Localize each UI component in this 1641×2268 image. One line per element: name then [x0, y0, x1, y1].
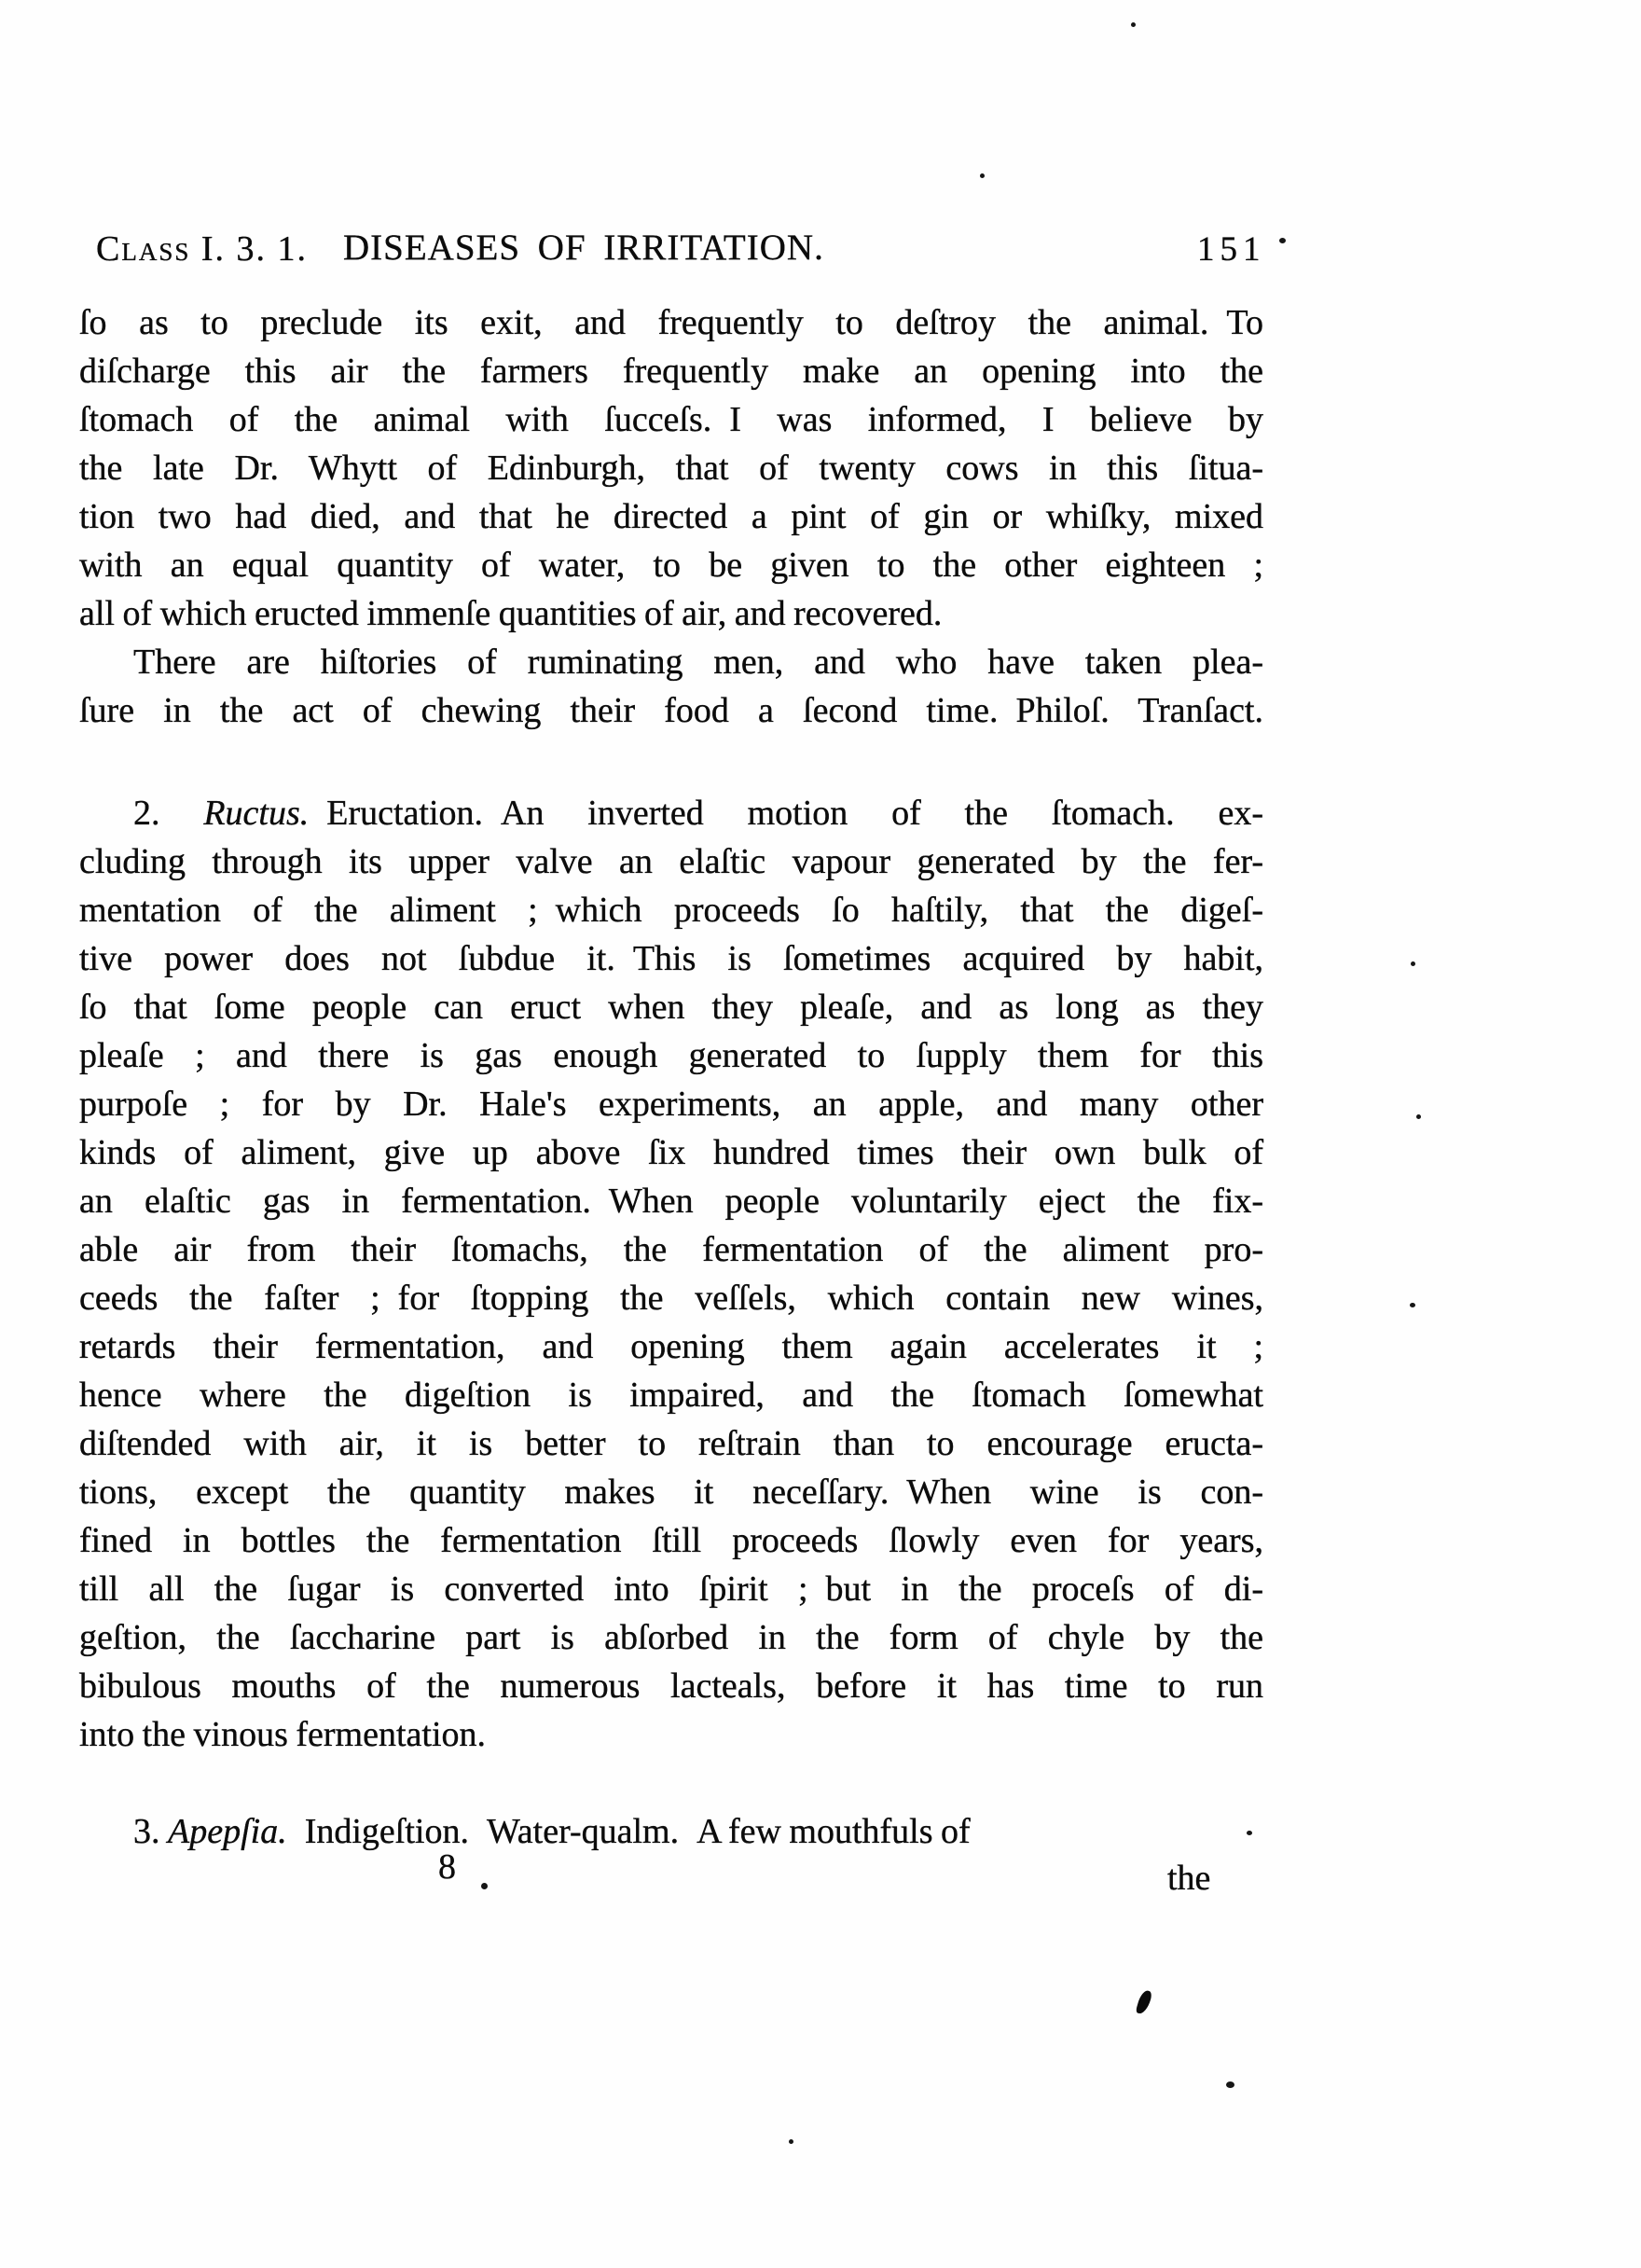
text-line: ſure in the act of chewing their food a … — [79, 686, 1263, 735]
text-line: able air from their ſtomachs, the fermen… — [79, 1225, 1263, 1274]
section3-first-line: 3. Apepſia. Indigeſtion. Water-qualm. A … — [79, 1807, 1263, 1856]
scan-speck — [1226, 2081, 1234, 2088]
running-title: DISEASES OF IRRITATION. — [343, 227, 824, 269]
text-line: mentation of the aliment ; which proceed… — [79, 886, 1263, 934]
text-line: an elaſtic gas in fermentation. When peo… — [79, 1177, 1263, 1225]
scan-speck — [1416, 1114, 1421, 1119]
scan-speck — [1131, 22, 1136, 27]
page-number: 151 — [1197, 229, 1266, 270]
text-line: the late Dr. Whytt of Edinburgh, that of… — [79, 444, 1263, 492]
scan-speck — [980, 173, 985, 178]
section2-first-line: 2. Ructus. Eructation. An inverted motio… — [79, 789, 1263, 837]
text-line: geſtion, the ſaccharine part is abſorbed… — [79, 1613, 1263, 1662]
text-line: ſo that ſome people can eruct when they … — [79, 983, 1263, 1031]
catchword: the — [1167, 1858, 1210, 1899]
text-line: till all the ſugar is converted into ſpi… — [79, 1565, 1263, 1613]
text-line: all of which eructed immenſe quantities … — [79, 589, 1263, 638]
signature-mark: 8 — [438, 1846, 456, 1888]
section-text: Eructation. An inverted motion of the ſt… — [309, 794, 1263, 833]
text-line: There are hiſtories of ruminating men, a… — [79, 638, 1263, 686]
text-line: retards their fermentation, and opening … — [79, 1322, 1263, 1371]
text-line: tions, except the quantity makes it nece… — [79, 1468, 1263, 1516]
section-number: 3. — [133, 1812, 160, 1851]
text-line: hence where the digeſtion is impaired, a… — [79, 1371, 1263, 1419]
section-term: Apepſia. — [168, 1812, 287, 1851]
section-number: 2. — [133, 794, 160, 833]
text-block-2: 2. Ructus. Eructation. An inverted motio… — [79, 789, 1263, 1759]
scan-speck — [1279, 238, 1286, 243]
chapter-reference: Class I. 3. 1. — [96, 228, 308, 270]
text-line: diſcharge this air the farmers frequentl… — [79, 347, 1263, 395]
scan-speck — [1410, 1303, 1415, 1307]
text-line: diſtended with air, it is better to reſt… — [79, 1419, 1263, 1468]
text-line: ceeds the faſter ; for ſtopping the veſſ… — [79, 1274, 1263, 1322]
book-page: Class I. 3. 1. DISEASES OF IRRITATION. 1… — [0, 0, 1641, 2268]
text-line: tion two had died, and that he directed … — [79, 492, 1263, 541]
text-line: ſtomach of the animal with ſucceſs. I wa… — [79, 395, 1263, 444]
text-line: purpoſe ; for by Dr. Hale's experiments,… — [79, 1080, 1263, 1128]
text-line: cluding through its upper valve an elaſt… — [79, 837, 1263, 886]
page-header: Class I. 3. 1. DISEASES OF IRRITATION. 1… — [0, 227, 1641, 283]
section-text: Indigeſtion. Water-qualm. A few mouthful… — [287, 1812, 971, 1851]
text-line: kinds of aliment, give up above ſix hund… — [79, 1128, 1263, 1177]
text-line: with an equal quantity of water, to be g… — [79, 541, 1263, 589]
text-line: into the vinous fermentation. — [79, 1710, 1263, 1759]
scan-speck — [1247, 1831, 1252, 1835]
ink-blot — [1136, 1989, 1153, 2015]
text-line: fined in bottles the fermentation ſtill … — [79, 1516, 1263, 1565]
text-block-3: 3. Apepſia. Indigeſtion. Water-qualm. A … — [79, 1807, 1263, 1856]
text-line: tive power does not ſubdue it. This is ſ… — [79, 934, 1263, 983]
text-line: pleaſe ; and there is gas enough generat… — [79, 1031, 1263, 1080]
section-term: Ructus. — [203, 794, 309, 833]
scan-speck — [789, 2139, 793, 2144]
scan-speck — [481, 1883, 488, 1889]
text-block-1: ſo as to preclude its exit, and frequent… — [79, 298, 1263, 735]
text-line: ſo as to preclude its exit, and frequent… — [79, 298, 1263, 347]
text-line: bibulous mouths of the numerous lacteals… — [79, 1662, 1263, 1710]
scan-speck — [1411, 961, 1415, 966]
